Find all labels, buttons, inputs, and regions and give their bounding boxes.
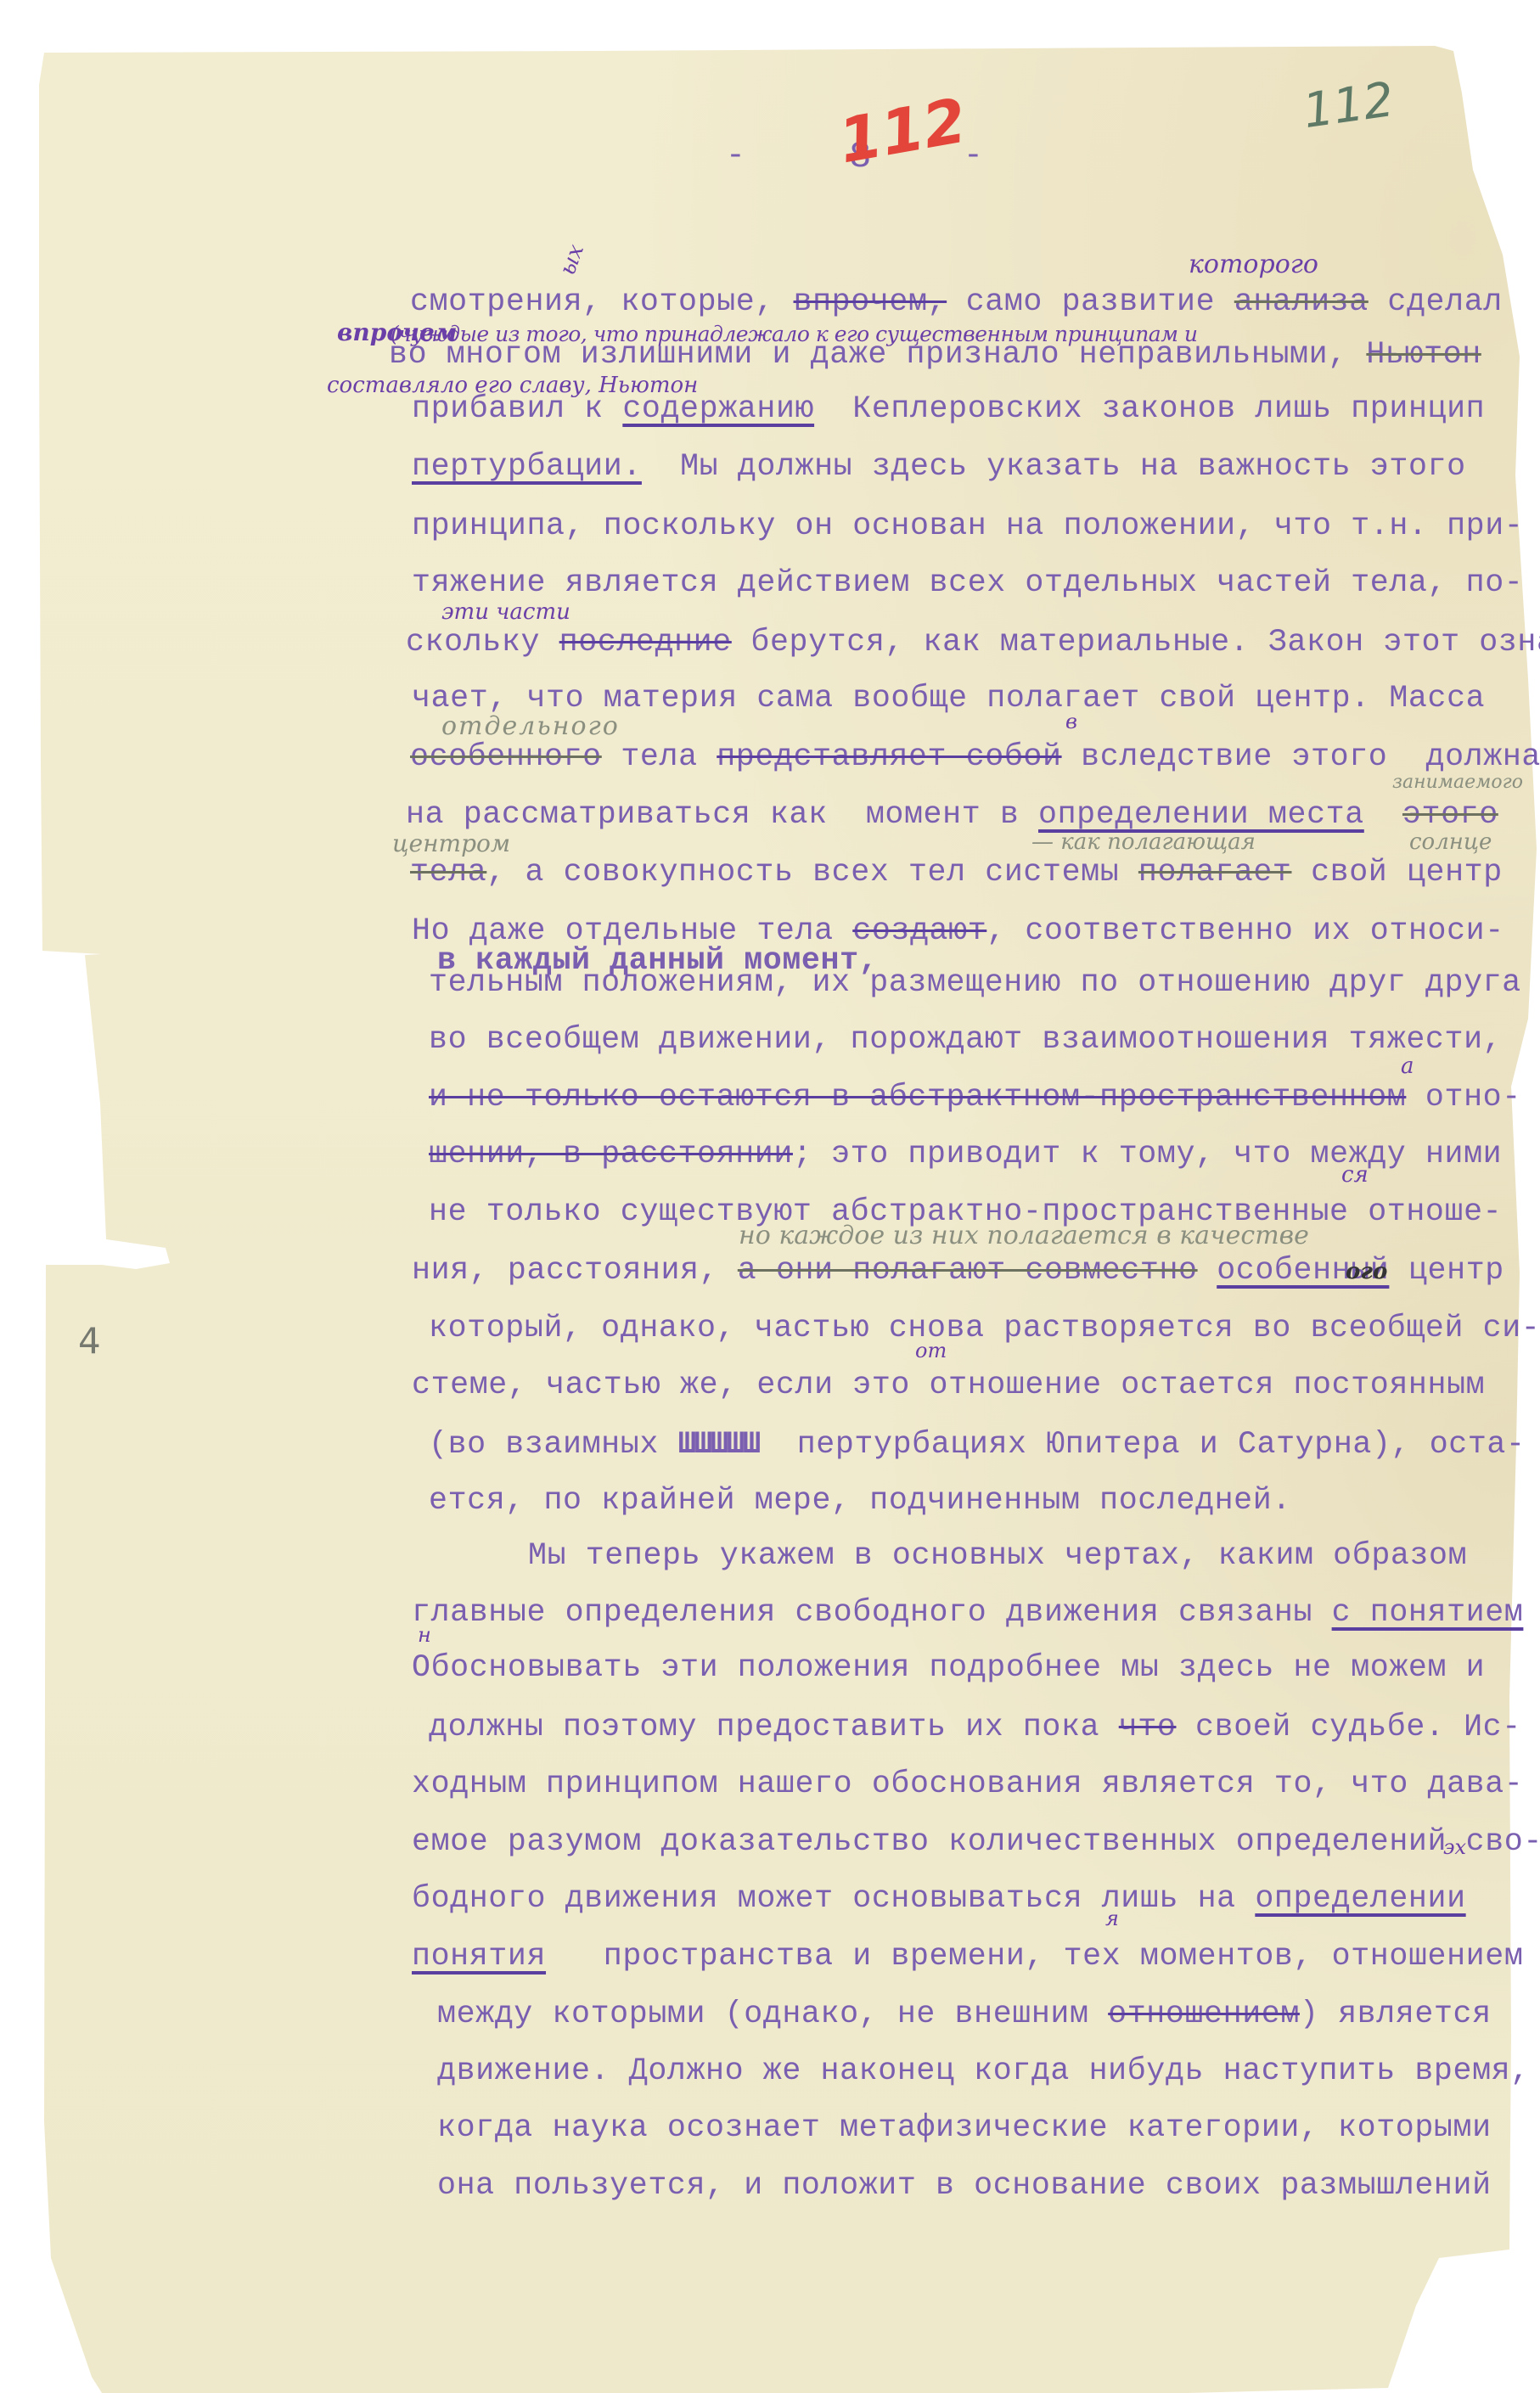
handwritten-insert: от: [915, 1337, 947, 1364]
text-line: стеме, частью же, если это отношение ост…: [412, 1368, 1485, 1402]
text-line: ется, по крайней мере, подчиненным после…: [429, 1484, 1291, 1518]
text-line: понятия пространства и времени, тех моме…: [412, 1940, 1523, 1974]
text-line: пертурбации. Мы должны здесь указать на …: [412, 450, 1466, 484]
text-fragment: пертурбациях Юпитера и Сатурна), оста-: [759, 1427, 1526, 1463]
text-fragment: , соответственно их относи-: [986, 913, 1504, 949]
struck-text: Ньютон: [1366, 337, 1481, 373]
text-fragment: пространства и времени, тех моментов, от…: [546, 1939, 1523, 1975]
text-fragment: ) является: [1300, 1997, 1492, 2032]
struck-text: анализа: [1234, 284, 1369, 320]
text-line: на рассматриваться как момент в определе…: [406, 798, 1498, 832]
text-line: во всеобщем движении, порождают взаимоот…: [429, 1023, 1502, 1057]
text-line: бодного движения может основываться лишь…: [412, 1882, 1466, 1916]
text-line: принципа, поскольку он основан на положе…: [412, 509, 1523, 543]
overtyped-text: ШШШШШ: [677, 1427, 758, 1463]
pencil-insert: но каждое из них полагается в качестве: [739, 1222, 1309, 1250]
text-fragment: центр: [1389, 1253, 1503, 1289]
text-fragment: (во взаимных: [429, 1427, 677, 1463]
text-fragment: ; это приводит к тому, что между ними: [793, 1137, 1502, 1172]
struck-text: особенного: [410, 739, 602, 775]
underlined-text: с понятием: [1332, 1595, 1524, 1631]
underlined-text: пертурбации.: [412, 449, 642, 485]
handwritten-insert: в: [1065, 708, 1077, 735]
paragraph-start-line: Мы теперь укажем в основных чертах, каки…: [528, 1539, 1467, 1573]
handwritten-insert: эти части: [441, 598, 570, 626]
text-fragment: ния, расстояния,: [412, 1253, 738, 1289]
underlined-text: определении: [1255, 1881, 1465, 1917]
text-fragment: свой центр: [1291, 855, 1502, 890]
handwritten-insert: я: [1105, 1905, 1119, 1932]
handwritten-insert: эх: [1443, 1834, 1466, 1861]
text-line: прибавил к содержанию Кеплеровских закон…: [412, 392, 1485, 426]
text-fragment: прибавил к: [412, 391, 622, 427]
text-line: она пользуется, и положит в основание св…: [437, 2169, 1492, 2203]
text-line: (во взаимных ШШШШШ пертурбациях Юпитера …: [429, 1428, 1526, 1462]
struck-text: шении, в расстоянии: [429, 1137, 793, 1172]
text-fragment: должны поэтому предоставить их пока: [429, 1710, 1119, 1745]
text-line: чает, что материя сама вообще полагает с…: [412, 682, 1485, 716]
handwritten-insert: ся: [1341, 1161, 1369, 1188]
text-fragment: тела: [602, 739, 717, 775]
header-dash-left: -: [726, 138, 745, 174]
text-fragment: своей судьбе. Ис-: [1176, 1710, 1520, 1745]
handwritten-insert: а: [1401, 1053, 1414, 1080]
pencil-insert: занимаемого: [1392, 769, 1523, 796]
underlined-text: определении места: [1038, 797, 1364, 833]
text-line: ния, расстояния, а они полагают совместн…: [412, 1254, 1504, 1288]
struck-text: отношением: [1108, 1997, 1300, 2032]
text-fragment: Мы должны здесь указать на важность этог…: [642, 449, 1466, 485]
text-line: тельным положениям, их размещению по отн…: [429, 966, 1521, 1000]
struck-text: а они полагают совместно: [738, 1253, 1198, 1289]
text-line: между которыми (однако, не внешним отнош…: [437, 1997, 1492, 2031]
handwritten-insert: ого: [1346, 1258, 1387, 1285]
text-line: главные определения свободного движения …: [412, 1596, 1523, 1630]
struck-text: впрочем,: [794, 284, 947, 320]
pencil-insert: — как полагающая: [1031, 829, 1256, 856]
text-line: движение. Должно же наконец когда нибудь…: [437, 2054, 1530, 2088]
underlined-text: понятия: [412, 1939, 546, 1975]
text-line: тяжение является действием всех отдельны…: [412, 566, 1523, 600]
text-fragment: бодного движения может основываться лишь…: [412, 1881, 1255, 1917]
struck-text: этого: [1402, 797, 1498, 833]
text-fragment: главные определения свободного движения …: [412, 1595, 1332, 1631]
text-line: когда наука осознает метафизические кате…: [437, 2111, 1492, 2145]
text-line: тела, а совокупность всех тел системы по…: [410, 856, 1503, 890]
text-fragment: отно-: [1406, 1080, 1520, 1115]
struck-text: что: [1119, 1710, 1177, 1745]
text-fragment: , а совокупность всех тел системы: [486, 855, 1138, 890]
underlined-text: содержанию: [622, 391, 814, 427]
struck-text: представляет собой: [717, 739, 1061, 775]
text-fragment: смотрения, которые: [410, 284, 755, 320]
handwritten-insert: н: [418, 1621, 431, 1649]
text-fragment: между которыми (однако, не внешним: [437, 1997, 1108, 2032]
pencil-insert: отдельного: [441, 713, 620, 740]
text-fragment: [1198, 1253, 1217, 1289]
struck-text: и не только остаются в абстрактном-прост…: [429, 1080, 1406, 1115]
text-line: и не только остаются в абстрактном-прост…: [429, 1081, 1521, 1115]
text-fragment: сделал: [1369, 284, 1503, 320]
text-line: емое разумом доказательство количественн…: [412, 1825, 1540, 1859]
margin-mark: 4: [78, 1320, 101, 1362]
text-line: скольку последние берутся, как материаль…: [406, 626, 1540, 660]
text-fragment: само развитие: [947, 284, 1234, 320]
struck-text: тела: [410, 855, 486, 890]
text-line: во многом излишними и даже признало непр…: [389, 338, 1481, 372]
text-fragment: [1364, 797, 1402, 833]
struck-text: последние: [559, 625, 732, 660]
text-fragment: во многом излишними и даже признало непр…: [389, 337, 1366, 373]
text-line: смотрения, которые, впрочем, само развит…: [410, 285, 1503, 319]
pencil-insert: центром: [392, 830, 510, 857]
pencil-insert: солнце: [1409, 829, 1492, 856]
text-line: особенного тела представляет собой вслед…: [410, 740, 1540, 774]
text-fragment: на рассматриваться как момент в: [406, 797, 1038, 833]
handwritten-insert: которого: [1189, 251, 1318, 278]
text-fragment: скольку: [406, 625, 559, 660]
text-fragment: берутся, как материальные. Закон этот оз…: [732, 625, 1540, 660]
text-line: который, однако, частью снова растворяет…: [429, 1312, 1540, 1345]
text-line: Обосновывать эти положения подробнее мы …: [412, 1651, 1485, 1685]
text-line: ходным принципом нашего обоснования явля…: [412, 1767, 1523, 1801]
struck-text: полагает: [1138, 855, 1292, 890]
text-fragment: Кеплеровских законов лишь принцип: [814, 391, 1485, 427]
text-line: должны поэтому предоставить их пока что …: [429, 1710, 1521, 1744]
